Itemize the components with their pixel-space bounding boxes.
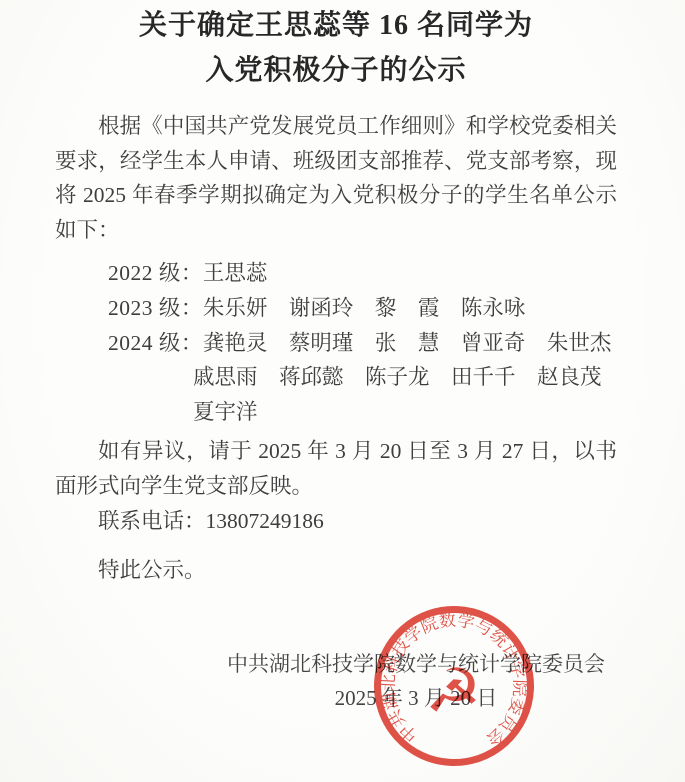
notice-document: 关于确定王思蕊等 16 名同学为 入党积极分子的公示 根据《中国共产党发展党员工… [0, 0, 685, 782]
issue-date: 2025 年 3 月 20 日 [226, 681, 606, 716]
objection-paragraph: 如有异议，请于 2025 年 3 月 20 日至 3 月 27 日，以书面形式向… [55, 434, 617, 503]
roster-line-2024-cont2: 夏宇洋 [55, 395, 617, 430]
roster-line-2024: 2024 级：龚艳灵 蔡明瑾 张 慧 曾亚奇 朱世杰 [55, 326, 617, 361]
roster-line-2023: 2023 级：朱乐妍 谢函玲 黎 霞 陈永咏 [55, 291, 617, 326]
grade-names: 王思蕊 [203, 261, 268, 285]
document-body: 根据《中国共产党发展党员工作细则》和学校党委相关要求，经学生本人申请、班级团支部… [55, 109, 617, 588]
closing-line: 特此公示。 [55, 553, 617, 588]
title-line-1: 关于确定王思蕊等 16 名同学为 [55, 3, 617, 48]
grade-label: 2022 级： [108, 261, 203, 285]
roster-line-2022: 2022 级：王思蕊 [55, 256, 617, 291]
intro-paragraph: 根据《中国共产党发展党员工作细则》和学校党委相关要求，经学生本人申请、班级团支部… [55, 109, 617, 247]
student-roster: 2022 级：王思蕊 2023 级：朱乐妍 谢函玲 黎 霞 陈永咏 2024 级… [55, 256, 617, 429]
grade-names: 龚艳灵 蔡明瑾 张 慧 曾亚奇 朱世杰 [203, 331, 612, 355]
document-title: 关于确定王思蕊等 16 名同学为 入党积极分子的公示 [55, 0, 617, 93]
grade-label: 2024 级： [108, 331, 203, 355]
contact-phone-line: 联系电话：13807249186 [55, 504, 617, 539]
title-line-2: 入党积极分子的公示 [55, 48, 617, 93]
roster-line-2024-cont: 戚思雨 蒋邱懿 陈子龙 田千千 赵良茂 [55, 360, 617, 395]
grade-names: 戚思雨 蒋邱懿 陈子龙 田千千 赵良茂 [193, 365, 602, 389]
grade-label: 2023 级： [108, 296, 203, 320]
signature-block: 中共湖北科技学院数学与统计学院委员会 2025 年 3 月 20 日 [226, 647, 606, 716]
issuing-committee-name: 中共湖北科技学院数学与统计学院委员会 [226, 647, 606, 682]
grade-names: 朱乐妍 谢函玲 黎 霞 陈永咏 [203, 296, 526, 320]
grade-names: 夏宇洋 [193, 400, 258, 424]
